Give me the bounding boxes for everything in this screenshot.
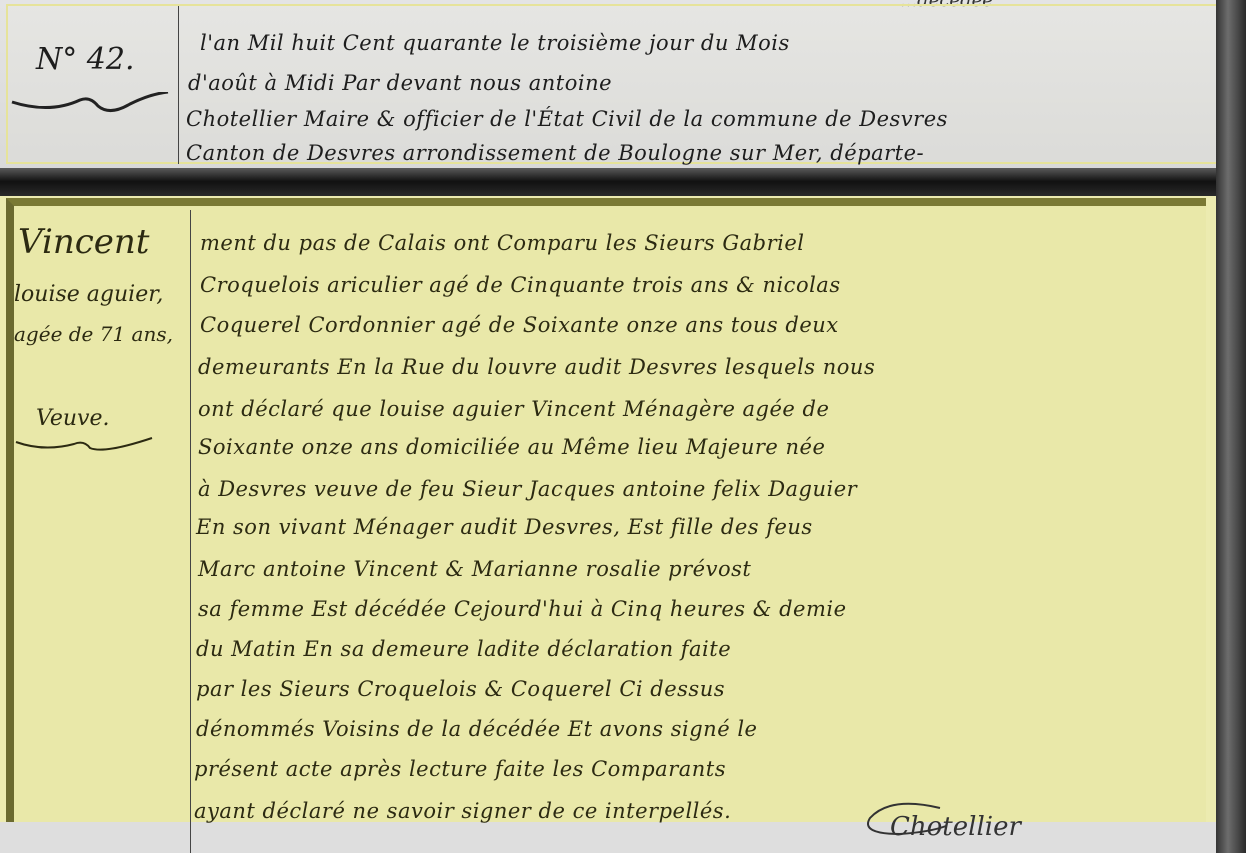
top-line: l'an Mil huit Cent quarante le troisième… — [200, 22, 790, 64]
flourish-ornament-icon — [10, 92, 170, 116]
body-line: ont déclaré que louise aguier Vincent Mé… — [198, 388, 829, 430]
body-line: présent acte après lecture faite les Com… — [194, 748, 726, 790]
book-binding-edge — [1216, 0, 1246, 853]
body-line: Marc antoine Vincent & Marianne rosalie … — [198, 548, 751, 590]
margin-given-names: louise aguier, — [14, 282, 163, 307]
mayor-signature: Chotellier — [890, 812, 1021, 842]
top-margin-rule — [178, 6, 179, 164]
body-line: dénommés Voisins de la décédée Et avons … — [196, 708, 757, 750]
body-line: ment du pas de Calais ont Comparu les Si… — [200, 222, 804, 264]
body-line: ayant déclaré ne savoir signer de ce int… — [194, 790, 731, 832]
body-line: Soixante onze ans domiciliée au Même lie… — [198, 426, 825, 468]
body-line: par les Sieurs Croquelois & Coquerel Ci … — [196, 668, 725, 710]
body-line: En son vivant Ménager audit Desvres, Est… — [196, 506, 813, 548]
margin-flourish-icon — [14, 434, 154, 456]
margin-surname: Vincent — [18, 222, 149, 262]
margin-status: Veuve. — [36, 406, 110, 431]
body-line: demeurants En la Rue du louvre audit Des… — [198, 346, 875, 388]
act-number: N° 42. — [36, 42, 135, 77]
body-line: sa femme Est décédée Cejourd'hui à Cinq … — [198, 588, 847, 630]
body-line: Croquelois ariculier agé de Cinquante tr… — [200, 264, 841, 306]
margin-age: agée de 71 ans, — [14, 322, 173, 346]
body-line: du Matin En sa demeure ladite déclaratio… — [196, 628, 731, 670]
body-line: Coquerel Cordonnier agé de Soixante onze… — [200, 304, 839, 346]
body-margin-rule — [190, 210, 191, 853]
page-fold-shadow — [0, 168, 1246, 198]
body-line: à Desvres veuve de feu Sieur Jacques ant… — [198, 468, 857, 510]
